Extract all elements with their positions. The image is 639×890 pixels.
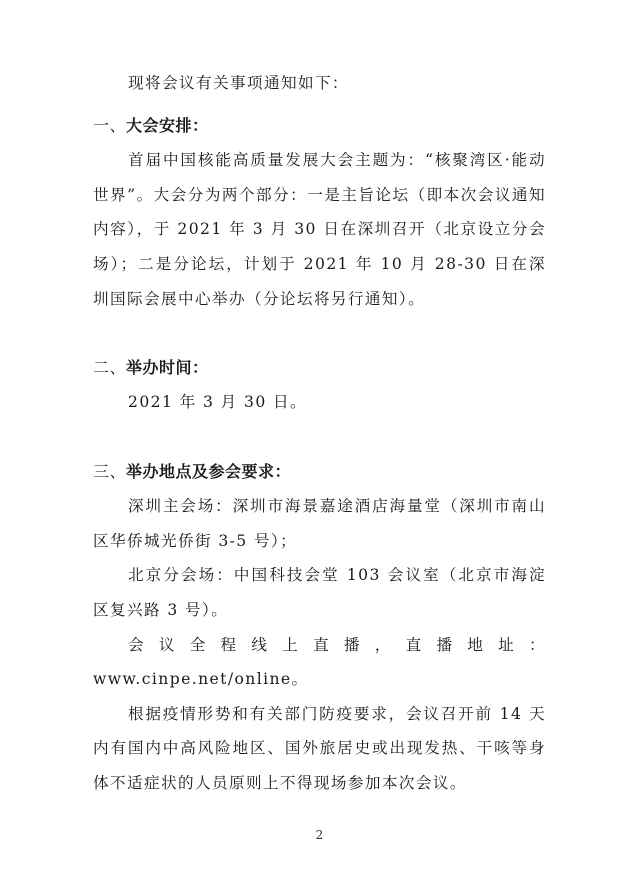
spacer xyxy=(93,316,546,351)
section-heading-time: 二、举办时间： xyxy=(93,351,546,386)
beijing-venue-paragraph: 北京分会场：中国科技会堂 103 会议室（北京市海淀区复兴路 3 号）。 xyxy=(93,558,546,627)
livestream-paragraph: 会议全程线上直播，直播地址：www.cinpe.net/online。 xyxy=(93,628,546,697)
time-paragraph: 2021 年 3 月 30 日。 xyxy=(93,385,546,420)
section-number: 二、 xyxy=(93,358,126,377)
section-heading-venue: 三、举办地点及参会要求： xyxy=(93,455,546,490)
page-number: 2 xyxy=(0,828,639,842)
intro-paragraph: 现将会议有关事项通知如下： xyxy=(93,66,546,101)
document-page: 现将会议有关事项通知如下： 一、大会安排： 首届中国核能高质量发展大会主题为：“… xyxy=(93,66,546,800)
arrangement-paragraph: 首届中国核能高质量发展大会主题为：“核聚湾区·能动世界”。大会分为两个部分：一是… xyxy=(93,143,546,316)
section-number: 三、 xyxy=(93,462,126,481)
section-title: 大会安排： xyxy=(126,116,209,135)
section-title: 举办时间： xyxy=(126,358,209,377)
shenzhen-venue-paragraph: 深圳主会场：深圳市海景嘉途酒店海量堂（深圳市南山区华侨城光侨街 3-5 号）； xyxy=(93,489,546,558)
section-number: 一、 xyxy=(93,116,126,135)
spacer xyxy=(93,101,546,109)
epidemic-requirements-paragraph: 根据疫情形势和有关部门防疫要求，会议召开前 14 天内有国内中高风险地区、国外旅… xyxy=(93,697,546,801)
section-heading-arrangement: 一、大会安排： xyxy=(93,109,546,144)
section-title: 举办地点及参会要求： xyxy=(126,462,291,481)
spacer xyxy=(93,420,546,455)
